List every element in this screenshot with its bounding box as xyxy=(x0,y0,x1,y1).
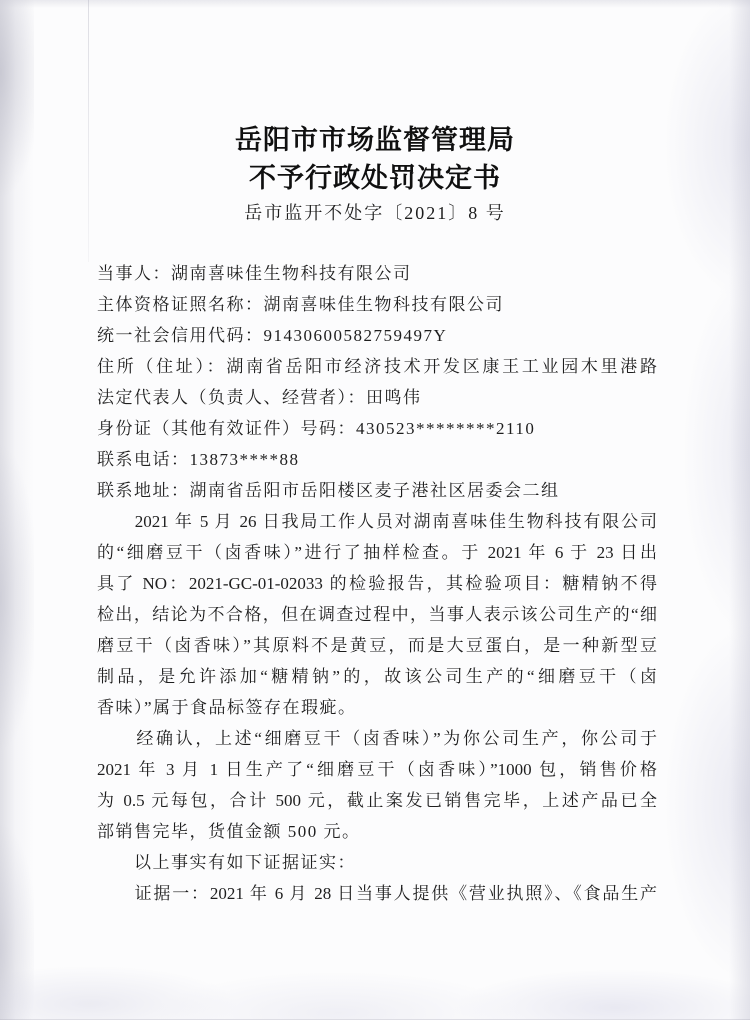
document-body: 当事人：湖南喜味佳生物科技有限公司 主体资格证照名称：湖南喜味佳生物科技有限公司… xyxy=(97,258,657,909)
document-number: 岳市监开不处字〔2021〕8 号 xyxy=(0,199,750,225)
text-line-para1-5: 磨豆干（卤香味）”其原料不是黄豆，而是大豆蛋白，是一种新型豆 xyxy=(97,630,657,661)
text-line-evidence-intro: 以上事实有如下证据证实： xyxy=(97,847,657,878)
text-line-address: 住所（住址）：湖南省岳阳市经济技术开发区康王工业园木里港路 xyxy=(97,351,657,382)
text-line-license-name: 主体资格证照名称：湖南喜味佳生物科技有限公司 xyxy=(97,289,657,320)
text-line-credit-code: 统一社会信用代码：91430600582759497Y xyxy=(97,320,657,351)
text-line-para1-3: 具了 NO：2021-GC-01-02033 的检验报告，其检验项目：糖精钠不得 xyxy=(97,568,657,599)
scan-bottom-margin xyxy=(0,1020,750,1031)
scan-blotch-bottom xyxy=(0,944,750,1019)
text-line-para1-1: 2021 年 5 月 26 日我局工作人员对湖南喜味佳生物科技有限公司 xyxy=(97,506,657,537)
text-line-para2-2: 2021 年 3 月 1 日生产了“细磨豆干（卤香味）”1000 包，销售价格 xyxy=(97,754,657,785)
text-line-legal-rep: 法定代表人（负责人、经营者）：田鸣伟 xyxy=(97,382,657,413)
document-title-line1: 岳阳市市场监督管理局 xyxy=(0,118,750,157)
text-line-contact-address: 联系地址：湖南省岳阳市岳阳楼区麦子港社区居委会二组 xyxy=(97,475,657,506)
document-title-line2: 不予行政处罚决定书 xyxy=(0,156,750,195)
scan-shadow-top xyxy=(0,0,750,8)
text-line-para1-7: 香味）”属于食品标签存在瑕疵。 xyxy=(97,692,657,723)
text-line-para1-6: 制品，是允许添加“糖精钠”的，故该公司生产的“细磨豆干（卤 xyxy=(97,661,657,692)
scan-bottom-edge-line xyxy=(0,1019,750,1020)
text-line-para2-1: 经确认，上述“细磨豆干（卤香味）”为你公司生产，你公司于 xyxy=(97,723,657,754)
text-line-evidence-1: 证据一：2021 年 6 月 28 日当事人提供《营业执照》、《食品生产 xyxy=(97,878,657,909)
text-line-id-number: 身份证（其他有效证件）号码：430523********2110 xyxy=(97,413,657,444)
text-line-party: 当事人：湖南喜味佳生物科技有限公司 xyxy=(97,258,657,289)
scanned-document-page: 岳阳市市场监督管理局 不予行政处罚决定书 岳市监开不处字〔2021〕8 号 当事… xyxy=(0,0,750,1031)
text-line-para2-4: 部销售完毕，货值金额 500 元。 xyxy=(97,816,657,847)
text-line-para2-3: 为 0.5 元每包，合计 500 元，截止案发已销售完毕，上述产品已全 xyxy=(97,785,657,816)
text-line-para1-2: 的“细磨豆干（卤香味）”进行了抽样检查。于 2021 年 6 于 23 日出 xyxy=(97,537,657,568)
text-line-phone: 联系电话：13873****88 xyxy=(97,444,657,475)
text-line-para1-4: 检出，结论为不合格，但在调查过程中，当事人表示该公司生产的“细 xyxy=(97,599,657,630)
